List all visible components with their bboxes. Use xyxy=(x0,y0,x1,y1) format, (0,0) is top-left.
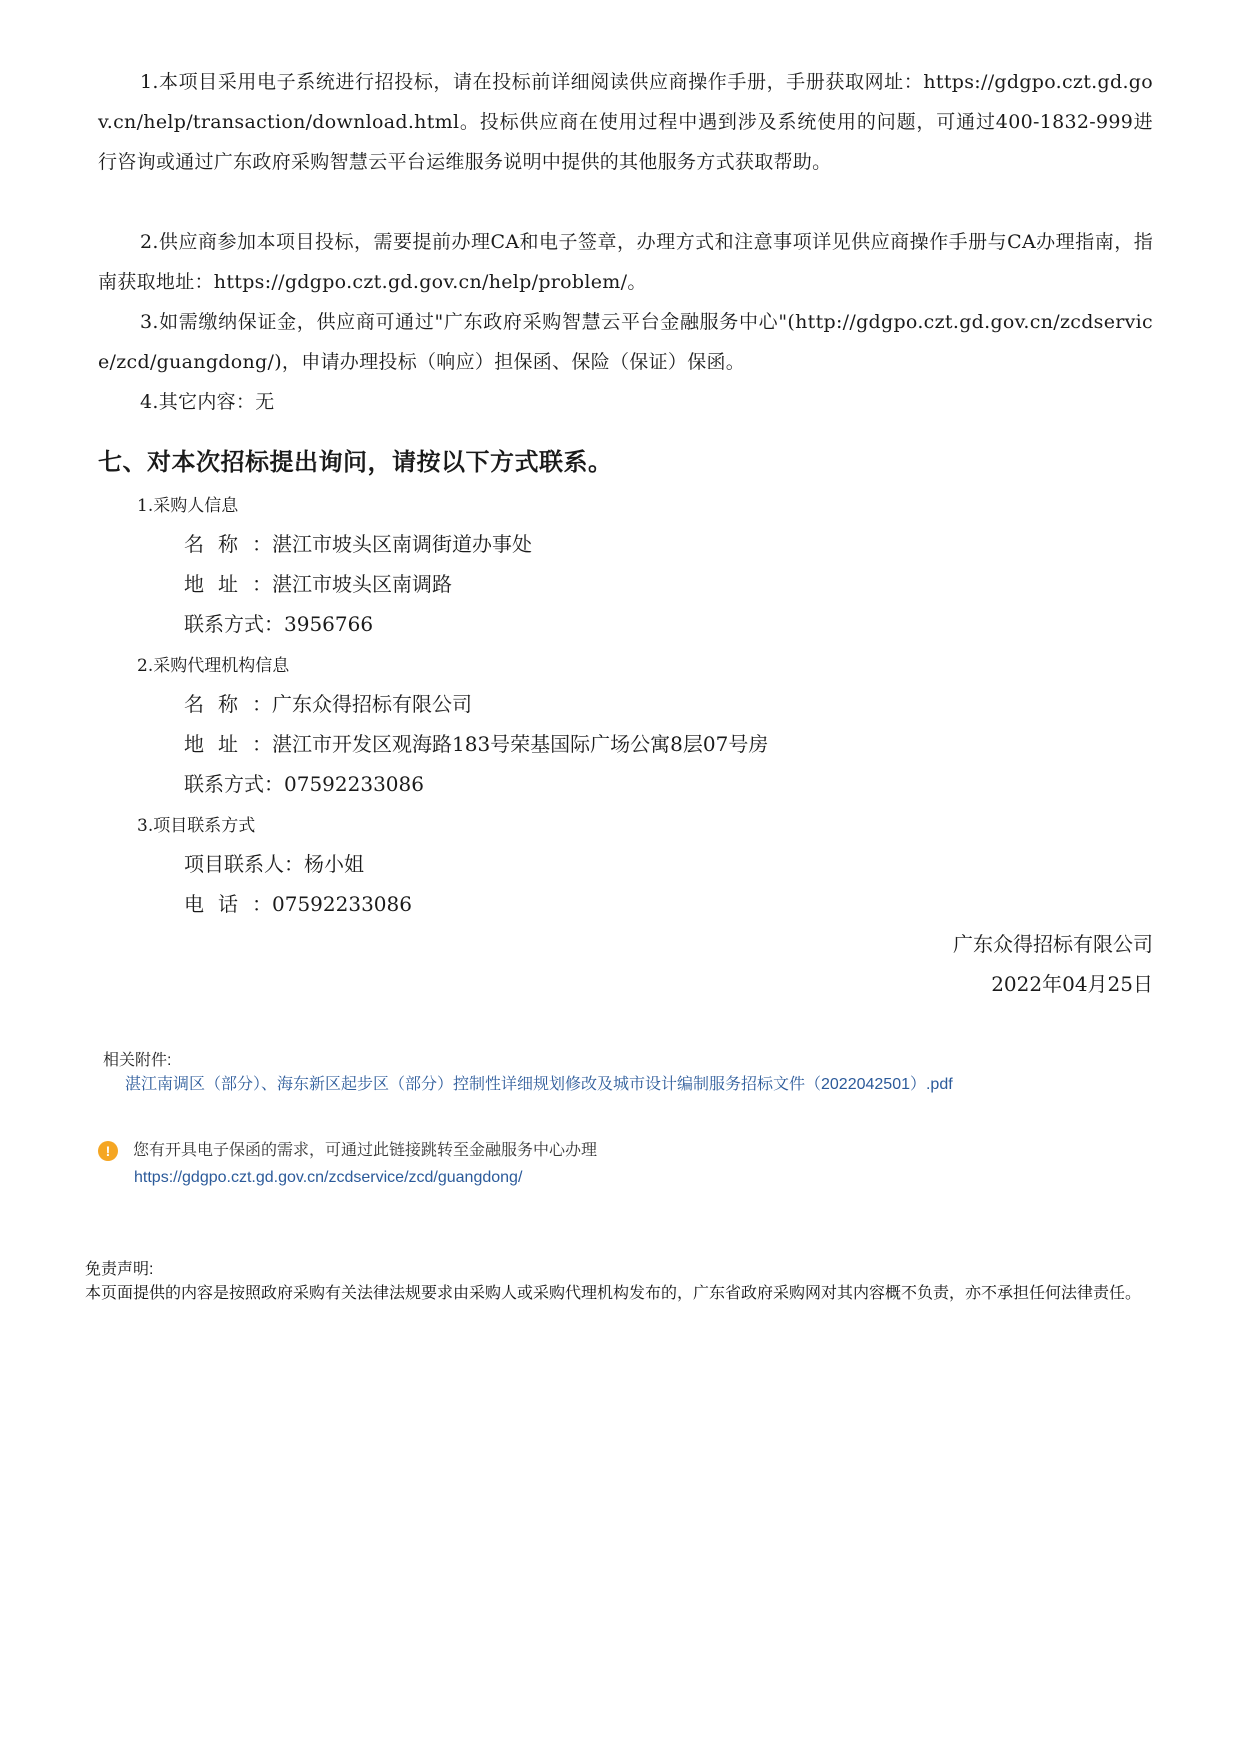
field-label: 联系方式： xyxy=(184,768,284,800)
purchaser-name: 湛江市坡头区南调街道办事处 xyxy=(272,532,532,556)
signature-company: 广东众得招标有限公司 xyxy=(953,928,1153,960)
note-1: 1.本项目采用电子系统进行招投标，请在投标前详细阅读供应商操作手册，手册获取网址… xyxy=(98,62,1153,182)
agency-contact: 07592233086 xyxy=(284,772,424,796)
field-label: 名称： xyxy=(184,688,272,720)
purchaser-contact: 3956766 xyxy=(284,612,373,636)
field-label: 地址： xyxy=(184,728,272,760)
announcement-page: 1.本项目采用电子系统进行招投标，请在投标前详细阅读供应商操作手册，手册获取网址… xyxy=(0,0,1242,1756)
exclamation-circle-icon: ! xyxy=(98,1141,118,1161)
project-contact-phone: 07592233086 xyxy=(272,892,412,916)
note-number: 2. xyxy=(140,231,159,253)
agency-address-row: 地址：湛江市开发区观海路183号荣基国际广场公寓8层07号房 xyxy=(184,728,768,760)
project-contact-person: 杨小姐 xyxy=(304,852,364,876)
agency-heading: 2.采购代理机构信息 xyxy=(137,652,289,680)
note-number: 4. xyxy=(140,391,159,413)
project-contact-phone-row: 电话：07592233086 xyxy=(184,888,412,920)
note-4: 4.其它内容：无 xyxy=(98,382,1153,422)
field-label: 名称： xyxy=(184,528,272,560)
note-2: 2.供应商参加本项目投标，需要提前办理CA和电子签章，办理方式和注意事项详见供应… xyxy=(98,222,1153,302)
note-text: 本项目采用电子系统进行招投标，请在投标前详细阅读供应商操作手册，手册获取网址：h… xyxy=(98,71,1153,173)
note-3: 3.如需缴纳保证金，供应商可通过"广东政府采购智慧云平台金融服务中心"(http… xyxy=(98,302,1153,382)
project-contact-person-row: 项目联系人：杨小姐 xyxy=(184,848,364,880)
agency-name: 广东众得招标有限公司 xyxy=(272,692,472,716)
agency-name-row: 名称：广东众得招标有限公司 xyxy=(184,688,472,720)
disclaimer-title: 免责声明: xyxy=(85,1259,153,1281)
notice-text: 您有开具电子保函的需求，可通过此链接跳转至金融服务中心办理 xyxy=(133,1139,597,1163)
finance-center-link[interactable]: https://gdgpo.czt.gd.gov.cn/zcdservice/z… xyxy=(134,1166,522,1190)
purchaser-address-row: 地址：湛江市坡头区南调路 xyxy=(184,568,452,600)
purchaser-address: 湛江市坡头区南调路 xyxy=(272,572,452,596)
signature-date: 2022年04月25日 xyxy=(991,968,1153,1000)
section-title: 七、对本次招标提出询问，请按以下方式联系。 xyxy=(98,442,613,482)
note-number: 3. xyxy=(140,311,159,333)
field-label: 项目联系人： xyxy=(184,848,304,880)
note-text: 其它内容：无 xyxy=(159,391,275,413)
field-label: 电话： xyxy=(184,888,272,920)
note-text: 供应商参加本项目投标，需要提前办理CA和电子签章，办理方式和注意事项详见供应商操… xyxy=(98,231,1153,293)
purchaser-contact-row: 联系方式：3956766 xyxy=(184,608,373,640)
project-contact-heading: 3.项目联系方式 xyxy=(137,812,255,840)
attachments-label: 相关附件: xyxy=(103,1050,171,1072)
purchaser-name-row: 名称：湛江市坡头区南调街道办事处 xyxy=(184,528,532,560)
field-label: 地址： xyxy=(184,568,272,600)
agency-address: 湛江市开发区观海路183号荣基国际广场公寓8层07号房 xyxy=(272,732,768,756)
agency-contact-row: 联系方式：07592233086 xyxy=(184,768,424,800)
attachment-file-link[interactable]: 湛江南调区（部分）、海东新区起步区（部分）控制性详细规划修改及城市设计编制服务招… xyxy=(125,1074,953,1096)
disclaimer-body: 本页面提供的内容是按照政府采购有关法律法规要求由采购人或采购代理机构发布的，广东… xyxy=(85,1282,1165,1305)
note-number: 1. xyxy=(140,71,159,93)
field-label: 联系方式： xyxy=(184,608,284,640)
note-text: 如需缴纳保证金，供应商可通过"广东政府采购智慧云平台金融服务中心"(http:/… xyxy=(98,311,1153,373)
purchaser-heading: 1.采购人信息 xyxy=(137,492,238,520)
